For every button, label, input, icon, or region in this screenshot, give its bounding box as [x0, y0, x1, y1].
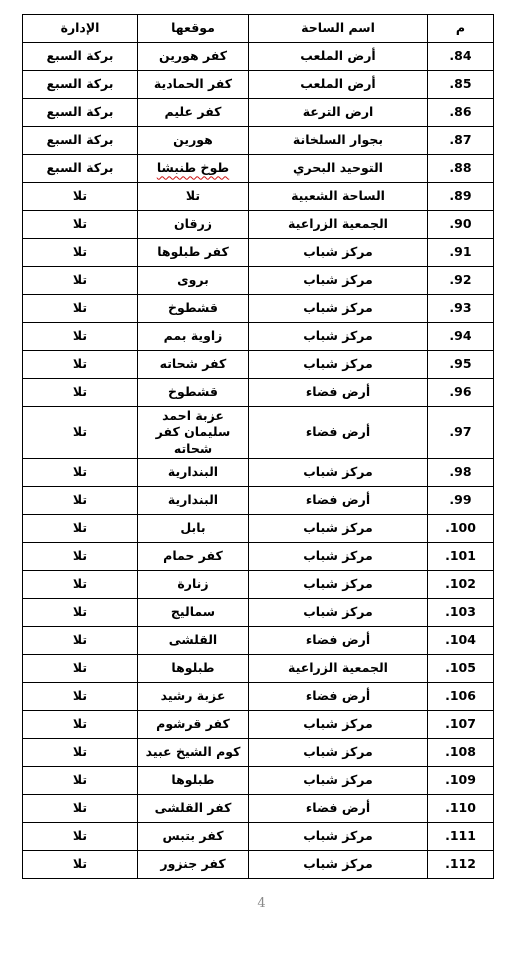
cell-number-text: 112. — [445, 856, 476, 871]
table-row: 95.مركز شبابكفر شحاتهتلا — [23, 351, 494, 379]
cell-number-text: 95. — [449, 356, 471, 371]
cell-arena-name: مركز شباب — [249, 323, 428, 351]
cell-number: 100. — [428, 514, 494, 542]
cell-number: 90. — [428, 211, 494, 239]
cell-admin-text: تلا — [73, 856, 87, 871]
cell-number: 92. — [428, 267, 494, 295]
cell-arena-name: مركز شباب — [249, 570, 428, 598]
cell-location: زاوية بمم — [138, 323, 249, 351]
table-body: 84.أرض الملعبكفر هورينبركة السبع85.أرض ا… — [23, 43, 494, 879]
cell-admin-text: بركة السبع — [46, 104, 113, 119]
cell-number-text: 99. — [449, 492, 471, 507]
cell-arena-name-text: مركز شباب — [303, 272, 373, 287]
cell-number-text: 93. — [449, 300, 471, 315]
cell-admin: تلا — [23, 239, 138, 267]
cell-number: 103. — [428, 598, 494, 626]
cell-admin-text: تلا — [73, 356, 87, 371]
cell-admin-text: تلا — [73, 520, 87, 535]
cell-number-text: 87. — [449, 132, 471, 147]
cell-location-text: زاوية بمم — [164, 328, 223, 343]
cell-location: هورين — [138, 127, 249, 155]
cell-location: طوخ طنبشا — [138, 155, 249, 183]
cell-arena-name: أرض فضاء — [249, 794, 428, 822]
cell-number: 94. — [428, 323, 494, 351]
table-row: 93.مركز شبابقشطوختلا — [23, 295, 494, 323]
table-row: 102.مركز شبابزنارةتلا — [23, 570, 494, 598]
cell-location-text: كفر قرشوم — [156, 716, 230, 731]
cell-admin: تلا — [23, 682, 138, 710]
cell-number: 86. — [428, 99, 494, 127]
column-header-arena-name: اسم الساحة — [249, 15, 428, 43]
cell-location: تلا — [138, 183, 249, 211]
cell-arena-name-text: ارض الترعة — [303, 104, 374, 119]
cell-admin: بركة السبع — [23, 127, 138, 155]
cell-arena-name: مركز شباب — [249, 542, 428, 570]
cell-admin: بركة السبع — [23, 99, 138, 127]
cell-admin-text: تلا — [73, 632, 87, 647]
cell-location-text: البندارية — [168, 464, 218, 479]
cell-admin-text: تلا — [73, 464, 87, 479]
cell-number: 88. — [428, 155, 494, 183]
table-header-row: م اسم الساحة موقعها الإدارة — [23, 15, 494, 43]
cell-location-text: قشطوخ — [168, 300, 218, 315]
cell-admin: تلا — [23, 379, 138, 407]
cell-arena-name-text: مركز شباب — [303, 856, 373, 871]
cell-location: بروى — [138, 267, 249, 295]
cell-arena-name: مركز شباب — [249, 710, 428, 738]
cell-arena-name: مركز شباب — [249, 766, 428, 794]
table-row: 96.أرض فضاءقشطوختلا — [23, 379, 494, 407]
cell-admin: تلا — [23, 822, 138, 850]
table-row: 90.الجمعية الزراعيةزرقانتلا — [23, 211, 494, 239]
cell-admin-text: بركة السبع — [46, 132, 113, 147]
cell-arena-name-text: مركز شباب — [303, 828, 373, 843]
table-row: 88.التوحيد البحريطوخ طنبشابركة السبع — [23, 155, 494, 183]
cell-admin-text: تلا — [73, 744, 87, 759]
cell-number: 112. — [428, 850, 494, 878]
cell-location: عزبة احمد سليمان كفر شحاته — [138, 407, 249, 459]
table-row: 89.الساحة الشعبيةتلاتلا — [23, 183, 494, 211]
cell-location-text: كفر جنزور — [160, 856, 225, 871]
cell-location: طبلوها — [138, 654, 249, 682]
cell-number-text: 104. — [445, 632, 476, 647]
cell-arena-name-text: مركز شباب — [303, 604, 373, 619]
cell-arena-name: أرض الملعب — [249, 43, 428, 71]
table-row: 99.أرض فضاءالبنداريةتلا — [23, 486, 494, 514]
cell-location-text: سماليج — [171, 604, 215, 619]
cell-number-text: 98. — [449, 464, 471, 479]
cell-arena-name: الجمعية الزراعية — [249, 654, 428, 682]
cell-arena-name-text: أرض فضاء — [306, 688, 370, 703]
cell-arena-name: مركز شباب — [249, 267, 428, 295]
cell-admin-text: تلا — [73, 716, 87, 731]
cell-admin-text: تلا — [73, 492, 87, 507]
cell-location-text: كفر عليم — [165, 104, 222, 119]
table-row: 94.مركز شبابزاوية بممتلا — [23, 323, 494, 351]
cell-admin-text: تلا — [73, 328, 87, 343]
cell-location: كفر بتبس — [138, 822, 249, 850]
cell-arena-name: أرض فضاء — [249, 486, 428, 514]
cell-number: 87. — [428, 127, 494, 155]
table-row: 84.أرض الملعبكفر هورينبركة السبع — [23, 43, 494, 71]
cell-arena-name-text: مركز شباب — [303, 576, 373, 591]
cell-admin: تلا — [23, 458, 138, 486]
cell-location-text: البندارية — [168, 492, 218, 507]
cell-number-text: 107. — [445, 716, 476, 731]
table-row: 110.أرض فضاءكفر القلشىتلا — [23, 794, 494, 822]
table-row: 92.مركز شباببروىتلا — [23, 267, 494, 295]
cell-location: كوم الشيخ عبيد — [138, 738, 249, 766]
cell-admin: تلا — [23, 794, 138, 822]
table-row: 107.مركز شبابكفر قرشومتلا — [23, 710, 494, 738]
cell-admin: تلا — [23, 654, 138, 682]
cell-location-text: كفر بتبس — [163, 828, 224, 843]
cell-location-text: القلشى — [169, 632, 217, 647]
cell-arena-name-text: مركز شباب — [303, 716, 373, 731]
cell-location-text: كفر شحاته — [160, 356, 227, 371]
cell-number-text: 111. — [445, 828, 476, 843]
cell-location-text: زرقان — [174, 216, 212, 231]
cell-admin-text: تلا — [73, 772, 87, 787]
table-row: 98.مركز شبابالبنداريةتلا — [23, 458, 494, 486]
cell-location-text: عزبة احمد سليمان كفر شحاته — [156, 408, 231, 456]
cell-location-text: كفر القلشى — [155, 800, 232, 815]
cell-admin-text: تلا — [73, 188, 87, 203]
cell-admin: تلا — [23, 486, 138, 514]
table-row: 101.مركز شبابكفر حمامتلا — [23, 542, 494, 570]
cell-admin: بركة السبع — [23, 155, 138, 183]
cell-arena-name-text: مركز شباب — [303, 548, 373, 563]
cell-location-text: تلا — [186, 188, 200, 203]
cell-number: 97. — [428, 407, 494, 459]
cell-arena-name: مركز شباب — [249, 598, 428, 626]
cell-arena-name-text: أرض فضاء — [306, 632, 370, 647]
cell-arena-name: مركز شباب — [249, 514, 428, 542]
cell-number-text: 94. — [449, 328, 471, 343]
cell-number: 84. — [428, 43, 494, 71]
table-row: 103.مركز شبابسماليجتلا — [23, 598, 494, 626]
cell-arena-name: أرض الملعب — [249, 71, 428, 99]
cell-admin: تلا — [23, 738, 138, 766]
cell-admin-text: تلا — [73, 300, 87, 315]
cell-location: سماليج — [138, 598, 249, 626]
cell-number-text: 92. — [449, 272, 471, 287]
cell-arena-name: مركز شباب — [249, 239, 428, 267]
cell-number-text: 84. — [449, 48, 471, 63]
cell-location: كفر الحمادية — [138, 71, 249, 99]
cell-number: 101. — [428, 542, 494, 570]
table-row: 109.مركز شبابطبلوهاتلا — [23, 766, 494, 794]
cell-admin: تلا — [23, 211, 138, 239]
cell-admin-text: تلا — [73, 604, 87, 619]
cell-number: 102. — [428, 570, 494, 598]
cell-location: عزبة رشيد — [138, 682, 249, 710]
cell-arena-name: بجوار السلخانة — [249, 127, 428, 155]
cell-location-text: زنارة — [177, 576, 208, 591]
cell-arena-name: أرض فضاء — [249, 682, 428, 710]
cell-number: 106. — [428, 682, 494, 710]
document-page: { "document": { "page_number": "4", "spe… — [0, 0, 523, 964]
cell-number-text: 109. — [445, 772, 476, 787]
table-row: 87.بجوار السلخانةهورينبركة السبع — [23, 127, 494, 155]
cell-admin-text: تلا — [73, 576, 87, 591]
cell-admin-text: بركة السبع — [46, 76, 113, 91]
cell-admin-text: تلا — [73, 688, 87, 703]
cell-number: 95. — [428, 351, 494, 379]
cell-admin: تلا — [23, 351, 138, 379]
cell-admin: تلا — [23, 514, 138, 542]
cell-location-text: كفر حمام — [163, 548, 223, 563]
cell-location-text: كفر هورين — [159, 48, 227, 63]
cell-location-text: عزبة رشيد — [161, 688, 226, 703]
cell-admin-text: تلا — [73, 424, 87, 439]
table-row: 106.أرض فضاءعزبة رشيدتلا — [23, 682, 494, 710]
cell-arena-name-text: مركز شباب — [303, 744, 373, 759]
cell-number-text: 101. — [445, 548, 476, 563]
cell-number-text: 90. — [449, 216, 471, 231]
table-row: 86.ارض الترعةكفر عليمبركة السبع — [23, 99, 494, 127]
cell-admin-text: تلا — [73, 384, 87, 399]
cell-location-text: قشطوخ — [168, 384, 218, 399]
cell-admin: تلا — [23, 183, 138, 211]
cell-location-text: كفر طبلوها — [157, 244, 229, 259]
cell-location: كفر عليم — [138, 99, 249, 127]
page-number: 4 — [0, 896, 523, 911]
table-row: 100.مركز شباببابلتلا — [23, 514, 494, 542]
cell-number: 109. — [428, 766, 494, 794]
cell-arena-name: مركز شباب — [249, 458, 428, 486]
table-row: 85.أرض الملعبكفر الحماديةبركة السبع — [23, 71, 494, 99]
column-header-location: موقعها — [138, 15, 249, 43]
cell-arena-name-text: بجوار السلخانة — [293, 132, 383, 147]
cell-location-text: كوم الشيخ عبيد — [146, 744, 241, 759]
table-row: 108.مركز شبابكوم الشيخ عبيدتلا — [23, 738, 494, 766]
cell-location: كفر شحاته — [138, 351, 249, 379]
table-row: 104.أرض فضاءالقلشىتلا — [23, 626, 494, 654]
cell-arena-name-text: أرض الملعب — [300, 48, 375, 63]
cell-number: 108. — [428, 738, 494, 766]
cell-admin-text: تلا — [73, 828, 87, 843]
cell-number-text: 88. — [449, 160, 471, 175]
cell-arena-name: الجمعية الزراعية — [249, 211, 428, 239]
cell-number: 104. — [428, 626, 494, 654]
arenas-table: م اسم الساحة موقعها الإدارة 84.أرض الملع… — [22, 14, 494, 879]
cell-number: 110. — [428, 794, 494, 822]
cell-admin-text: تلا — [73, 800, 87, 815]
cell-location: كفر قرشوم — [138, 710, 249, 738]
cell-number-text: 97. — [449, 424, 471, 439]
cell-arena-name-text: أرض فضاء — [306, 800, 370, 815]
cell-number: 89. — [428, 183, 494, 211]
cell-location-text: هورين — [173, 132, 213, 147]
cell-number: 107. — [428, 710, 494, 738]
cell-location: بابل — [138, 514, 249, 542]
cell-admin-text: تلا — [73, 548, 87, 563]
cell-number: 111. — [428, 822, 494, 850]
cell-number-text: 86. — [449, 104, 471, 119]
cell-admin: تلا — [23, 407, 138, 459]
cell-number-text: 106. — [445, 688, 476, 703]
cell-admin-text: تلا — [73, 272, 87, 287]
cell-arena-name-text: مركز شباب — [303, 244, 373, 259]
cell-arena-name-text: مركز شباب — [303, 328, 373, 343]
cell-location: كفر طبلوها — [138, 239, 249, 267]
cell-arena-name: أرض فضاء — [249, 626, 428, 654]
cell-arena-name: مركز شباب — [249, 351, 428, 379]
cell-number-text: 96. — [449, 384, 471, 399]
cell-arena-name-text: مركز شباب — [303, 520, 373, 535]
table-row: 111.مركز شبابكفر بتبستلا — [23, 822, 494, 850]
cell-location: زنارة — [138, 570, 249, 598]
cell-number: 99. — [428, 486, 494, 514]
cell-admin: تلا — [23, 267, 138, 295]
cell-number: 98. — [428, 458, 494, 486]
cell-number: 105. — [428, 654, 494, 682]
cell-admin: تلا — [23, 710, 138, 738]
cell-location: كفر حمام — [138, 542, 249, 570]
cell-admin: تلا — [23, 626, 138, 654]
cell-admin: تلا — [23, 542, 138, 570]
cell-arena-name: مركز شباب — [249, 738, 428, 766]
cell-arena-name-text: مركز شباب — [303, 464, 373, 479]
cell-admin: تلا — [23, 766, 138, 794]
cell-location: قشطوخ — [138, 379, 249, 407]
cell-admin: تلا — [23, 598, 138, 626]
table-row: 105.الجمعية الزراعيةطبلوهاتلا — [23, 654, 494, 682]
cell-arena-name-text: التوحيد البحري — [293, 160, 383, 175]
cell-arena-name: مركز شباب — [249, 295, 428, 323]
cell-location-text: بابل — [180, 520, 205, 535]
table-row: 97.أرض فضاءعزبة احمد سليمان كفر شحاتهتلا — [23, 407, 494, 459]
cell-admin-text: بركة السبع — [46, 48, 113, 63]
cell-location: كفر هورين — [138, 43, 249, 71]
cell-number-text: 89. — [449, 188, 471, 203]
cell-admin: تلا — [23, 850, 138, 878]
cell-number-text: 108. — [445, 744, 476, 759]
cell-arena-name-text: أرض فضاء — [306, 492, 370, 507]
cell-number-text: 102. — [445, 576, 476, 591]
table-row: 112.مركز شبابكفر جنزورتلا — [23, 850, 494, 878]
cell-arena-name-text: الجمعية الزراعية — [288, 216, 388, 231]
cell-number-text: 85. — [449, 76, 471, 91]
cell-number-text: 103. — [445, 604, 476, 619]
cell-location: قشطوخ — [138, 295, 249, 323]
cell-number-text: 100. — [445, 520, 476, 535]
cell-admin-text: تلا — [73, 216, 87, 231]
cell-number: 91. — [428, 239, 494, 267]
cell-location: القلشى — [138, 626, 249, 654]
cell-location-text: طبلوها — [171, 660, 214, 675]
cell-number: 96. — [428, 379, 494, 407]
cell-location: كفر جنزور — [138, 850, 249, 878]
cell-arena-name-text: أرض فضاء — [306, 384, 370, 399]
cell-arena-name-text: مركز شباب — [303, 772, 373, 787]
cell-admin: بركة السبع — [23, 43, 138, 71]
cell-number-text: 105. — [445, 660, 476, 675]
cell-location: البندارية — [138, 458, 249, 486]
cell-location-text: طبلوها — [171, 772, 214, 787]
cell-number: 93. — [428, 295, 494, 323]
cell-arena-name-text: أرض فضاء — [306, 424, 370, 439]
cell-location-text: كفر الحمادية — [154, 76, 232, 91]
cell-arena-name: أرض فضاء — [249, 407, 428, 459]
cell-arena-name: مركز شباب — [249, 822, 428, 850]
cell-admin: بركة السبع — [23, 71, 138, 99]
cell-arena-name: مركز شباب — [249, 850, 428, 878]
cell-arena-name-text: مركز شباب — [303, 300, 373, 315]
cell-admin-text: تلا — [73, 244, 87, 259]
cell-admin: تلا — [23, 295, 138, 323]
cell-location: كفر القلشى — [138, 794, 249, 822]
cell-location-text: طوخ طنبشا — [157, 160, 229, 175]
cell-location: البندارية — [138, 486, 249, 514]
cell-arena-name: التوحيد البحري — [249, 155, 428, 183]
cell-arena-name-text: مركز شباب — [303, 356, 373, 371]
cell-admin: تلا — [23, 323, 138, 351]
cell-arena-name-text: الجمعية الزراعية — [288, 660, 388, 675]
cell-admin-text: بركة السبع — [46, 160, 113, 175]
cell-location: زرقان — [138, 211, 249, 239]
cell-arena-name: أرض فضاء — [249, 379, 428, 407]
cell-arena-name: ارض الترعة — [249, 99, 428, 127]
cell-admin: تلا — [23, 570, 138, 598]
column-header-number: م — [428, 15, 494, 43]
cell-location: طبلوها — [138, 766, 249, 794]
cell-number-text: 110. — [445, 800, 476, 815]
table-row: 91.مركز شبابكفر طبلوهاتلا — [23, 239, 494, 267]
cell-arena-name-text: أرض الملعب — [300, 76, 375, 91]
column-header-admin: الإدارة — [23, 15, 138, 43]
cell-number: 85. — [428, 71, 494, 99]
cell-number-text: 91. — [449, 244, 471, 259]
cell-admin-text: تلا — [73, 660, 87, 675]
cell-arena-name: الساحة الشعبية — [249, 183, 428, 211]
cell-location-text: بروى — [177, 272, 209, 287]
cell-arena-name-text: الساحة الشعبية — [291, 188, 385, 203]
